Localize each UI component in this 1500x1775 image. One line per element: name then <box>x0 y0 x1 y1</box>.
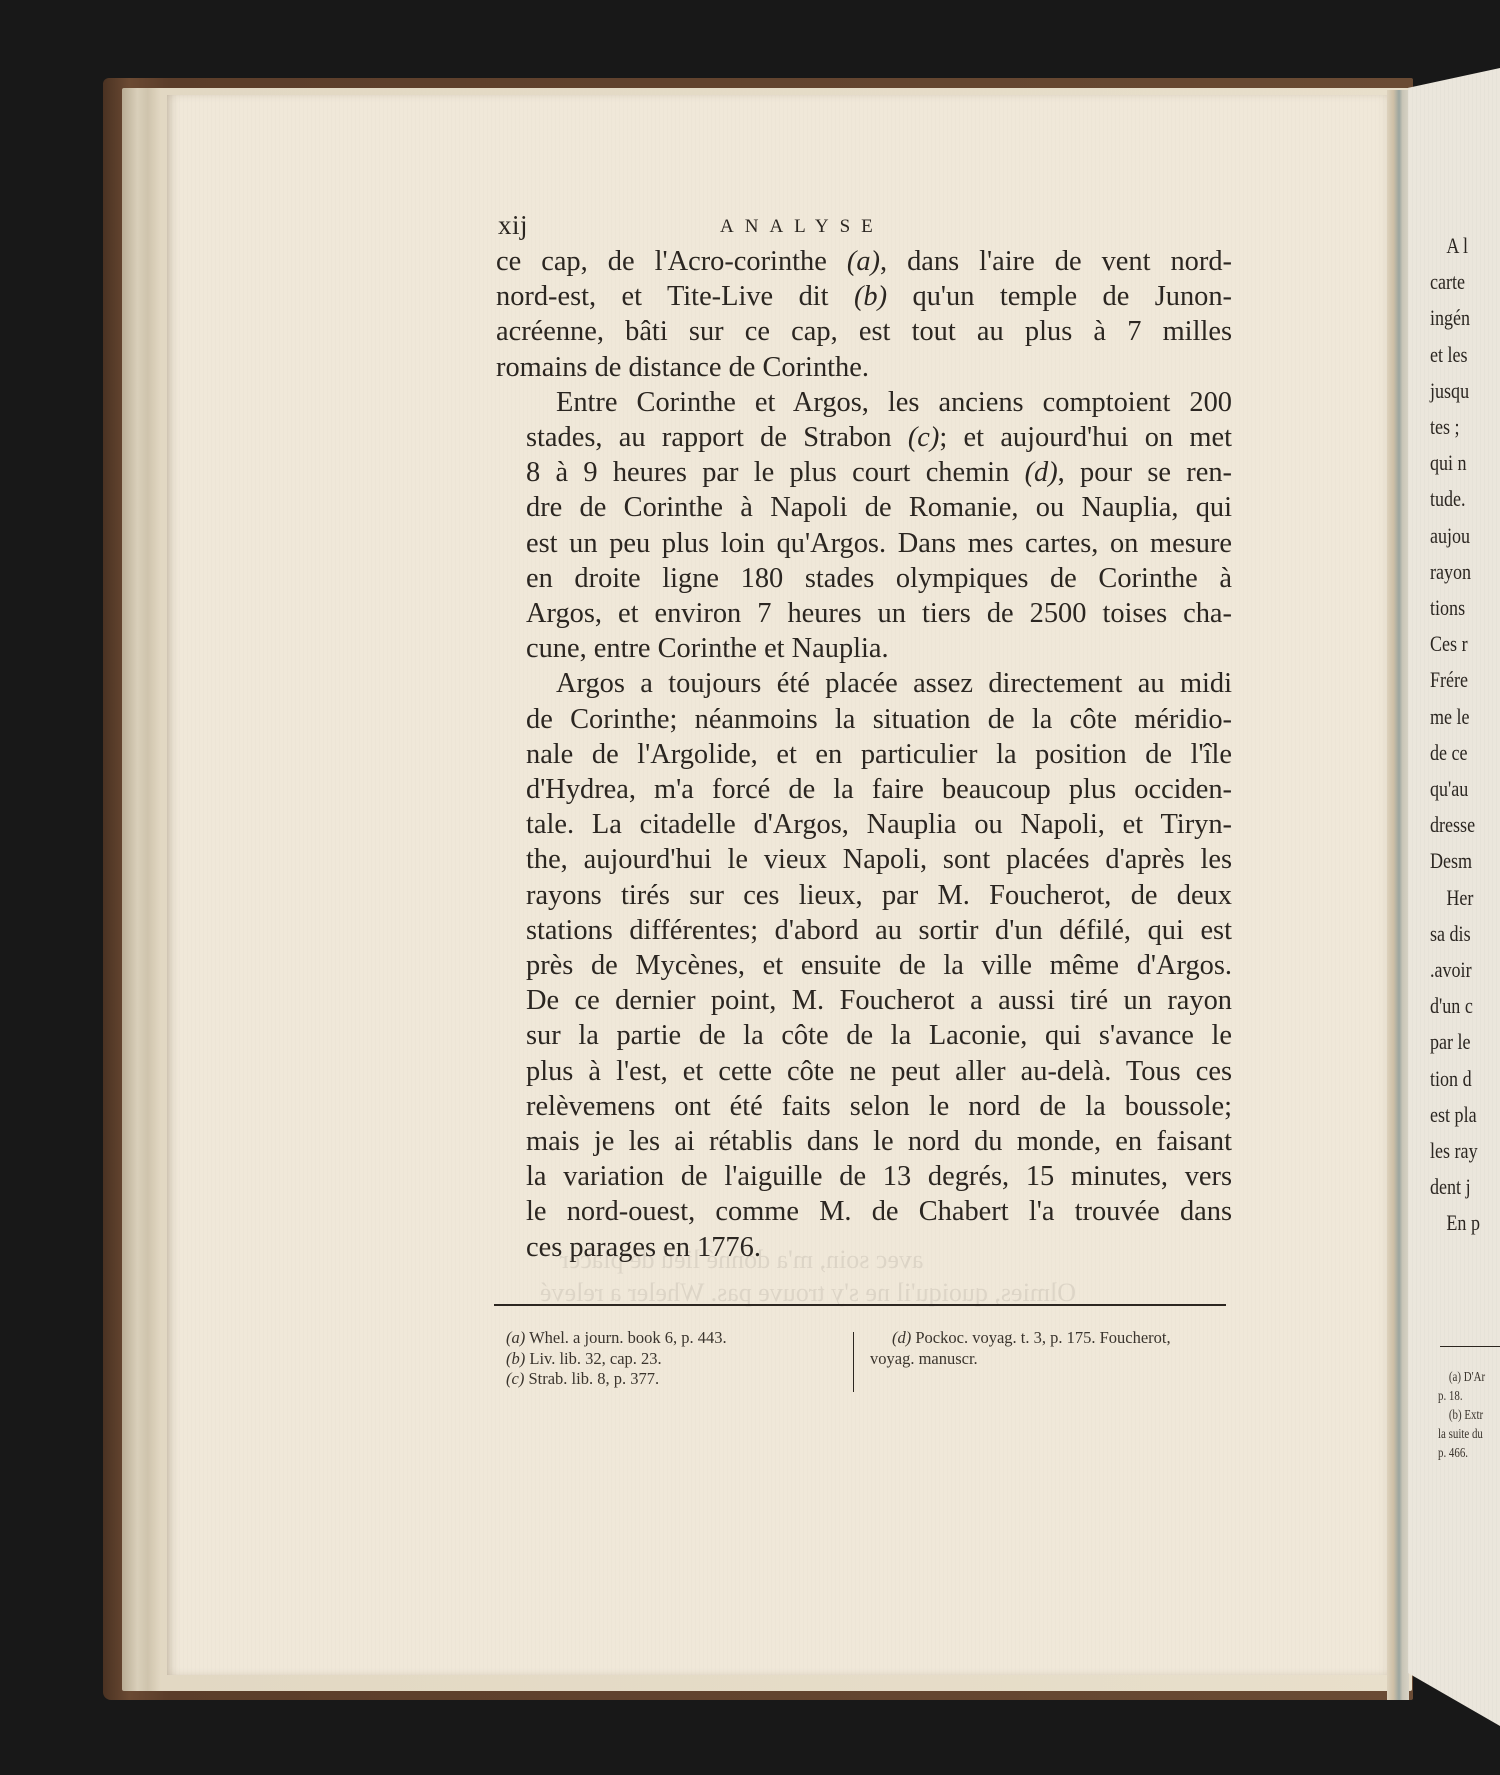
running-head: xij ANALYSE <box>496 210 1232 244</box>
text-line: et les <box>1430 337 1480 373</box>
text-line: Argos, et environ 7 heures un tiers de 2… <box>496 596 1232 631</box>
footnote-text: Strab. lib. 8, p. 377. <box>524 1369 659 1388</box>
footnote-reference: (b) <box>854 281 887 312</box>
text-line: dent j <box>1430 1169 1480 1205</box>
running-title: ANALYSE <box>720 216 884 238</box>
footnote: p. 18. <box>1438 1387 1485 1406</box>
text-line: .avoir <box>1430 952 1480 988</box>
text-segment: de Corinthe; néanmoins la situation de l… <box>526 704 1232 735</box>
text-line: tions <box>1430 590 1480 626</box>
text-segment: qu'un temple de Junon- <box>887 281 1232 312</box>
text-line: romains de distance de Corinthe. <box>496 350 1232 385</box>
footnote: (d) Pockoc. voyag. t. 3, p. 175. Foucher… <box>870 1328 1236 1349</box>
text-line: Her <box>1430 880 1480 916</box>
footnote-reference: (d) <box>1025 457 1058 488</box>
text-segment: le nord-ouest, comme M. de Chabert l'a t… <box>526 1196 1232 1227</box>
text-line: d'un c <box>1430 988 1480 1024</box>
book-gutter <box>1387 90 1409 1700</box>
text-segment: ce cap, de l'Acro-corinthe <box>496 246 847 277</box>
text-line: Desm <box>1430 843 1480 879</box>
footnote: (c) Strab. lib. 8, p. 377. <box>506 1369 846 1390</box>
text-line: qu'au <box>1430 771 1480 807</box>
text-line: est pla <box>1430 1097 1480 1133</box>
footnote-text: Pockoc. voyag. t. 3, p. 175. Foucherot, <box>911 1328 1170 1347</box>
text-segment: Argos a toujours été placée assez direct… <box>556 668 1232 699</box>
text-line: Argos a toujours été placée assez direct… <box>496 666 1232 701</box>
paragraph: Argos a toujours été placée assez direct… <box>496 666 1232 1264</box>
text-segment: ces parages en 1776. <box>526 1232 761 1263</box>
text-line: nale de l'Argolide, et en particulier la… <box>496 737 1232 772</box>
text-line: carte <box>1430 264 1480 300</box>
text-segment: nale de l'Argolide, et en particulier la… <box>526 739 1232 770</box>
text-line: près de Mycènes, et ensuite de la ville … <box>496 948 1232 983</box>
footnote-mark: (b) <box>506 1349 525 1368</box>
text-segment: stations différentes; d'abord au sortir … <box>526 915 1232 946</box>
text-line: ces parages en 1776. <box>496 1230 1232 1265</box>
text-line: la variation de l'aiguille de 13 degrés,… <box>496 1159 1232 1194</box>
text-segment: Argos, et environ 7 heures un tiers de 2… <box>526 598 1232 629</box>
text-segment: Entre Corinthe et Argos, les anciens com… <box>556 387 1232 418</box>
text-line: plus à l'est, et cette côte ne peut alle… <box>496 1054 1232 1089</box>
text-segment: en droite ligne 180 stades olympiques de… <box>526 563 1232 594</box>
text-line: qui n <box>1430 445 1480 481</box>
text-line: d'Hydrea, m'a forcé de la faire beaucoup… <box>496 772 1232 807</box>
text-segment: tale. La citadelle d'Argos, Nauplia ou N… <box>526 809 1232 840</box>
text-segment: De ce dernier point, M. Foucherot a auss… <box>526 985 1232 1016</box>
footnote-text: voyag. manuscr. <box>870 1349 978 1368</box>
text-segment: stades, au rapport de Strabon <box>526 422 908 453</box>
text-line: Ces r <box>1430 626 1480 662</box>
text-segment: 8 à 9 heures par le plus court chemin <box>526 457 1025 488</box>
text-line: dresse <box>1430 807 1480 843</box>
text-line: de Corinthe; néanmoins la situation de l… <box>496 702 1232 737</box>
text-line: le nord-ouest, comme M. de Chabert l'a t… <box>496 1194 1232 1229</box>
text-line: de ce <box>1430 735 1480 771</box>
right-page-text: A lcarteingénet lesjusqutes ;qui ntude.a… <box>1430 228 1480 1242</box>
text-segment: , dans l'aire de vent nord- <box>880 246 1232 277</box>
text-line: aujou <box>1430 518 1480 554</box>
text-line: ce cap, de l'Acro-corinthe (a), dans l'a… <box>496 244 1232 279</box>
text-line: tude. <box>1430 481 1480 517</box>
text-segment: plus à l'est, et cette côte ne peut alle… <box>526 1056 1232 1087</box>
text-line: En p <box>1430 1205 1480 1241</box>
text-segment: the, aujourd'hui le vieux Napoli, sont p… <box>526 844 1232 875</box>
footnote-reference: (c) <box>908 422 940 453</box>
paragraph: Entre Corinthe et Argos, les anciens com… <box>496 385 1232 667</box>
text-segment: rayons tirés sur ces lieux, par M. Fouch… <box>526 880 1232 911</box>
text-segment: d'Hydrea, m'a forcé de la faire beaucoup… <box>526 774 1232 805</box>
text-segment: dre de Corinthe à Napoli de Romanie, ou … <box>526 492 1232 523</box>
left-page-text: xij ANALYSE ce cap, de l'Acro-corinthe (… <box>496 210 1232 1265</box>
text-line: mais je les ai rétablis dans le nord du … <box>496 1124 1232 1159</box>
right-page-fragment: A lcarteingénet lesjusqutes ;qui ntude.a… <box>1408 68 1500 1726</box>
footnote: p. 466. <box>1438 1444 1485 1463</box>
text-segment: près de Mycènes, et ensuite de la ville … <box>526 950 1232 981</box>
text-line: en droite ligne 180 stades olympiques de… <box>496 561 1232 596</box>
text-line: stations différentes; d'abord au sortir … <box>496 913 1232 948</box>
text-line: par le <box>1430 1024 1480 1060</box>
text-line: Frére <box>1430 662 1480 698</box>
footnote: (b) Liv. lib. 32, cap. 23. <box>506 1349 846 1370</box>
body-text: ce cap, de l'Acro-corinthe (a), dans l'a… <box>496 244 1232 1265</box>
text-segment: mais je les ai rétablis dans le nord du … <box>526 1126 1232 1157</box>
text-line: A l <box>1430 228 1480 264</box>
text-line: ingén <box>1430 300 1480 336</box>
footnotes-left-column: (a) Whel. a journ. book 6, p. 443.(b) Li… <box>506 1328 846 1390</box>
footnote-mark: (a) <box>506 1328 525 1347</box>
text-segment: , pour se ren- <box>1058 457 1232 488</box>
text-line: me le <box>1430 699 1480 735</box>
text-segment: acréenne, bâti sur ce cap, est tout au p… <box>496 316 1232 347</box>
text-segment: relèvemens ont été faits selon le nord d… <box>526 1091 1232 1122</box>
right-footnote-rule <box>1440 1346 1500 1347</box>
text-segment: cune, entre Corinthe et Nauplia. <box>526 633 889 664</box>
footnote-rule <box>494 1304 1226 1306</box>
page-number: xij <box>498 210 528 241</box>
paragraph: ce cap, de l'Acro-corinthe (a), dans l'a… <box>496 244 1232 385</box>
text-segment: romains de distance de Corinthe. <box>496 352 869 383</box>
text-line: tion d <box>1430 1061 1480 1097</box>
text-line: Entre Corinthe et Argos, les anciens com… <box>496 385 1232 420</box>
right-page-footnotes: (a) D'Arp. 18.(b) Extrla suite dup. 466. <box>1438 1368 1485 1463</box>
text-segment: la variation de l'aiguille de 13 degrés,… <box>526 1161 1232 1192</box>
footnote-column-divider <box>853 1332 854 1392</box>
text-line: the, aujourd'hui le vieux Napoli, sont p… <box>496 842 1232 877</box>
footnote-mark: (d) <box>892 1328 911 1347</box>
footnote: la suite du <box>1438 1425 1485 1444</box>
text-line: 8 à 9 heures par le plus court chemin (d… <box>496 455 1232 490</box>
text-line: tale. La citadelle d'Argos, Nauplia ou N… <box>496 807 1232 842</box>
footnote-mark: (c) <box>506 1369 524 1388</box>
text-line: relèvemens ont été faits selon le nord d… <box>496 1089 1232 1124</box>
text-line: De ce dernier point, M. Foucherot a auss… <box>496 983 1232 1018</box>
text-line: tes ; <box>1430 409 1480 445</box>
text-line: jusqu <box>1430 373 1480 409</box>
text-segment: nord-est, et Tite-Live dit <box>496 281 854 312</box>
footnote: (b) Extr <box>1438 1406 1485 1425</box>
footnote-text: Liv. lib. 32, cap. 23. <box>525 1349 661 1368</box>
text-line: rayons tirés sur ces lieux, par M. Fouch… <box>496 878 1232 913</box>
footnotes-right-column: (d) Pockoc. voyag. t. 3, p. 175. Foucher… <box>870 1328 1236 1369</box>
text-line: sa dis <box>1430 916 1480 952</box>
footnote: (a) Whel. a journ. book 6, p. 443. <box>506 1328 846 1349</box>
text-segment: ; et aujourd'hui on met <box>939 422 1232 453</box>
footnote: voyag. manuscr. <box>870 1349 1236 1370</box>
text-line: nord-est, et Tite-Live dit (b) qu'un tem… <box>496 279 1232 314</box>
text-line: cune, entre Corinthe et Nauplia. <box>496 631 1232 666</box>
footnote: (a) D'Ar <box>1438 1368 1485 1387</box>
text-line: les ray <box>1430 1133 1480 1169</box>
text-line: est un peu plus loin qu'Argos. Dans mes … <box>496 526 1232 561</box>
text-line: stades, au rapport de Strabon (c); et au… <box>496 420 1232 455</box>
text-segment: sur la partie de la côte de la Laconie, … <box>526 1020 1232 1051</box>
footnote-reference: (a) <box>847 246 880 277</box>
text-segment: est un peu plus loin qu'Argos. Dans mes … <box>526 528 1232 559</box>
text-line: rayon <box>1430 554 1480 590</box>
footnote-text: Whel. a journ. book 6, p. 443. <box>525 1328 726 1347</box>
text-line: dre de Corinthe à Napoli de Romanie, ou … <box>496 490 1232 525</box>
text-line: sur la partie de la côte de la Laconie, … <box>496 1018 1232 1053</box>
text-line: acréenne, bâti sur ce cap, est tout au p… <box>496 314 1232 349</box>
